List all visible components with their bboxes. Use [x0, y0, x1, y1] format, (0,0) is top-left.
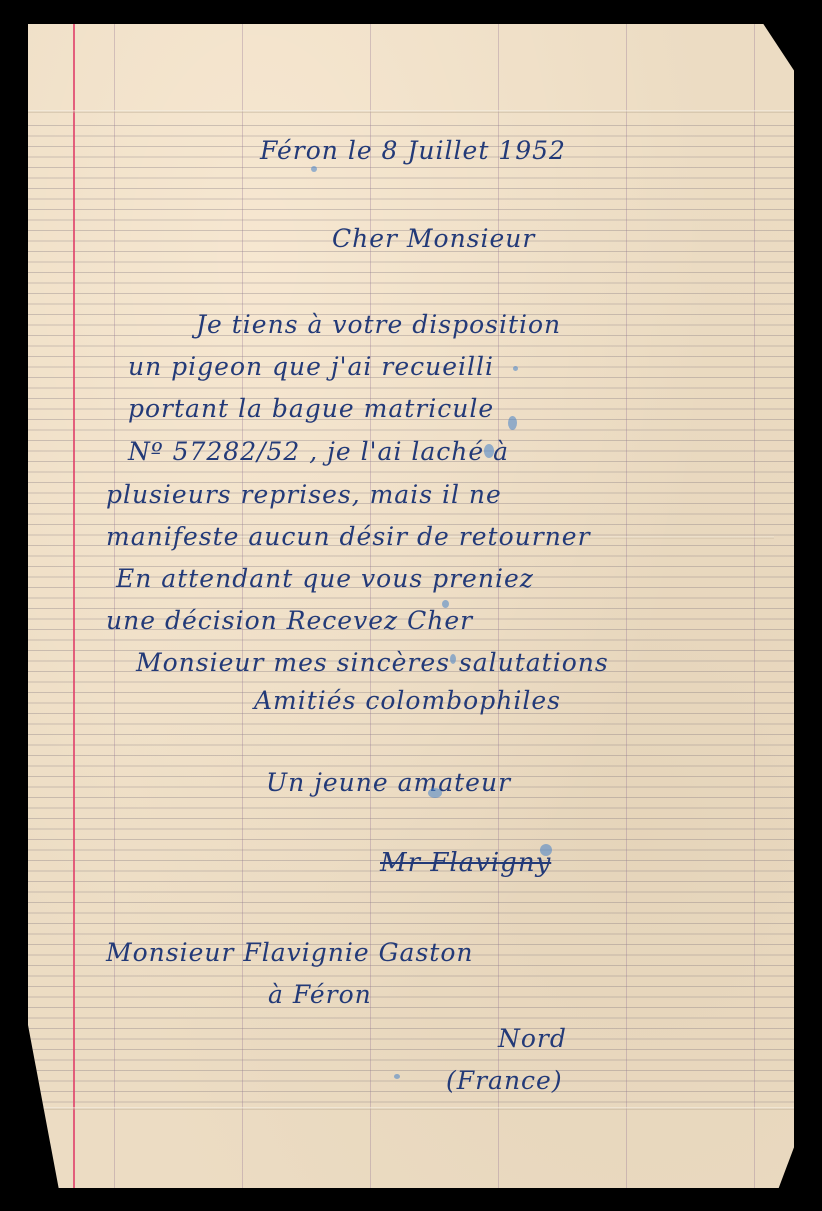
address-line-4: (France) — [446, 1066, 563, 1095]
red-margin-line — [73, 24, 75, 1188]
ink-blot — [442, 600, 449, 608]
body-line-2: un pigeon que j'ai recueilli — [128, 352, 494, 381]
body-line-5: plusieurs reprises, mais il ne — [106, 480, 502, 509]
salutation: Cher Monsieur — [332, 224, 535, 253]
fold-crease — [28, 110, 794, 113]
ink-blot — [450, 654, 456, 664]
ink-blot — [508, 416, 517, 430]
ink-blot — [311, 166, 317, 172]
ink-blot — [484, 444, 494, 458]
body-line-8: une décision Recevez Cher — [106, 606, 473, 635]
body-line-9: Monsieur mes sincères salutations — [136, 648, 609, 677]
body-line-1: Je tiens à votre disposition — [196, 310, 561, 339]
place-date: Féron le 8 Juillet 1952 — [260, 136, 566, 165]
body-line-10: Amitiés colombophiles — [254, 686, 561, 715]
ink-blot — [540, 844, 552, 856]
body-line-6: manifeste aucun désir de retourner — [106, 522, 591, 551]
ink-blot — [394, 1074, 400, 1079]
body-line-3: portant la bague matricule — [128, 394, 494, 423]
body-line-4: Nº 57282/52 , je l'ai laché à — [128, 437, 509, 466]
address-line-1: Monsieur Flavignie Gaston — [106, 938, 473, 967]
letter-paper: Féron le 8 Juillet 1952 Cher Monsieur Je… — [28, 24, 794, 1188]
body-line-7: En attendant que vous preniez — [116, 564, 534, 593]
ink-blot — [428, 788, 442, 798]
address-line-2: à Féron — [268, 980, 372, 1009]
fold-crease — [28, 1107, 794, 1110]
address-line-3: Nord — [498, 1024, 567, 1053]
ink-blot — [513, 366, 518, 371]
signature: Mr Flavigny — [380, 848, 551, 878]
closing: Un jeune amateur — [266, 768, 511, 797]
